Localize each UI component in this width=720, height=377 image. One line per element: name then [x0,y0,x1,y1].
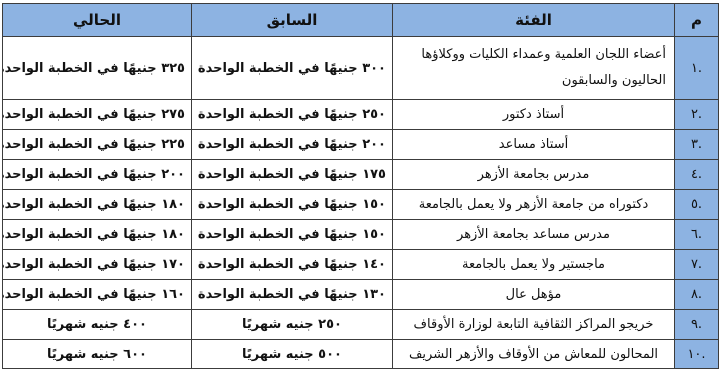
rewards-table: م الفئة السابق الحالي .١ أعضاء اللجان ال… [2,3,719,369]
header-category: الفئة [393,4,675,37]
row-category: ماجستير ولا يعمل بالجامعة [393,250,675,280]
row-previous: ١٧٥ جنيهًا في الخطبة الواحدة [192,160,393,190]
row-previous: ١٥٠ جنيهًا في الخطبة الواحدة [192,190,393,220]
table-row: .٧ ماجستير ولا يعمل بالجامعة ١٤٠ جنيهًا … [3,250,719,280]
row-previous: ٢٠٠ جنيهًا في الخطبة الواحدة [192,130,393,160]
row-category: دكتوراه من جامعة الأزهر ولا يعمل بالجامع… [393,190,675,220]
row-category: أستاذ مساعد [393,130,675,160]
row-current: ٢٢٥ جنيهًا في الخطبة الواحدة [3,130,192,160]
row-current: ٢٠٠ جنيهًا في الخطبة الواحدة [3,160,192,190]
row-category: أستاذ دكتور [393,100,675,130]
row-category: خريجو المراكز الثقافية التابعة لوزارة ال… [393,310,675,340]
row-current: ٦٠٠ جنيه شهريًا [3,340,192,369]
row-previous: ٢٥٠ جنيهًا في الخطبة الواحدة [192,100,393,130]
row-index: .٢ [675,100,719,130]
table-row: .٩ خريجو المراكز الثقافية التابعة لوزارة… [3,310,719,340]
row-category: المحالون للمعاش من الأوقاف والأزهر الشري… [393,340,675,369]
header-index: م [675,4,719,37]
row-index: .١٠ [675,340,719,369]
table-row: .٤ مدرس بجامعة الأزهر ١٧٥ جنيهًا في الخط… [3,160,719,190]
row-category: مدرس مساعد بجامعة الأزهر [393,220,675,250]
table-row: .٢ أستاذ دكتور ٢٥٠ جنيهًا في الخطبة الوا… [3,100,719,130]
row-category: مدرس بجامعة الأزهر [393,160,675,190]
header-row: م الفئة السابق الحالي [3,4,719,37]
row-previous: ١٤٠ جنيهًا في الخطبة الواحدة [192,250,393,280]
row-previous: ١٥٠ جنيهًا في الخطبة الواحدة [192,220,393,250]
row-previous: ٥٠٠ جنيه شهريًا [192,340,393,369]
row-current: ١٨٠ جنيهًا في الخطبة الواحدة [3,190,192,220]
row-index: .١ [675,37,719,100]
header-previous: السابق [192,4,393,37]
table-body: .١ أعضاء اللجان العلمية وعمداء الكليات و… [3,37,719,369]
row-index: .٥ [675,190,719,220]
row-index: .٤ [675,160,719,190]
table-row: .٨ مؤهل عال ١٣٠ جنيهًا في الخطبة الواحدة… [3,280,719,310]
table-row: .٦ مدرس مساعد بجامعة الأزهر ١٥٠ جنيهًا ف… [3,220,719,250]
row-current: ٣٢٥ جنيهًا في الخطبة الواحدة [3,37,192,100]
row-previous: ٣٠٠ جنيهًا في الخطبة الواحدة [192,37,393,100]
table-row: .٥ دكتوراه من جامعة الأزهر ولا يعمل بالج… [3,190,719,220]
row-current: ٤٠٠ جنيه شهريًا [3,310,192,340]
row-previous: ٢٥٠ جنيه شهريًا [192,310,393,340]
row-current: ١٨٠ جنيهًا في الخطبة الواحدة [3,220,192,250]
row-current: ١٦٠ جنيهًا في الخطبة الواحدة [3,280,192,310]
row-previous: ١٣٠ جنيهًا في الخطبة الواحدة [192,280,393,310]
row-current: ٢٧٥ جنيهًا في الخطبة الواحدة [3,100,192,130]
table-row: .٣ أستاذ مساعد ٢٠٠ جنيهًا في الخطبة الوا… [3,130,719,160]
table-row: .١ أعضاء اللجان العلمية وعمداء الكليات و… [3,37,719,100]
row-category: أعضاء اللجان العلمية وعمداء الكليات ووكل… [393,37,675,100]
row-index: .٣ [675,130,719,160]
table-row: .١٠ المحالون للمعاش من الأوقاف والأزهر ا… [3,340,719,369]
row-index: .٨ [675,280,719,310]
header-current: الحالي [3,4,192,37]
rewards-table-container: م الفئة السابق الحالي .١ أعضاء اللجان ال… [3,3,719,369]
row-category: مؤهل عال [393,280,675,310]
table-header: م الفئة السابق الحالي [3,4,719,37]
row-index: .٧ [675,250,719,280]
row-index: .٦ [675,220,719,250]
row-index: .٩ [675,310,719,340]
row-current: ١٧٠ جنيهًا في الخطبة الواحدة [3,250,192,280]
